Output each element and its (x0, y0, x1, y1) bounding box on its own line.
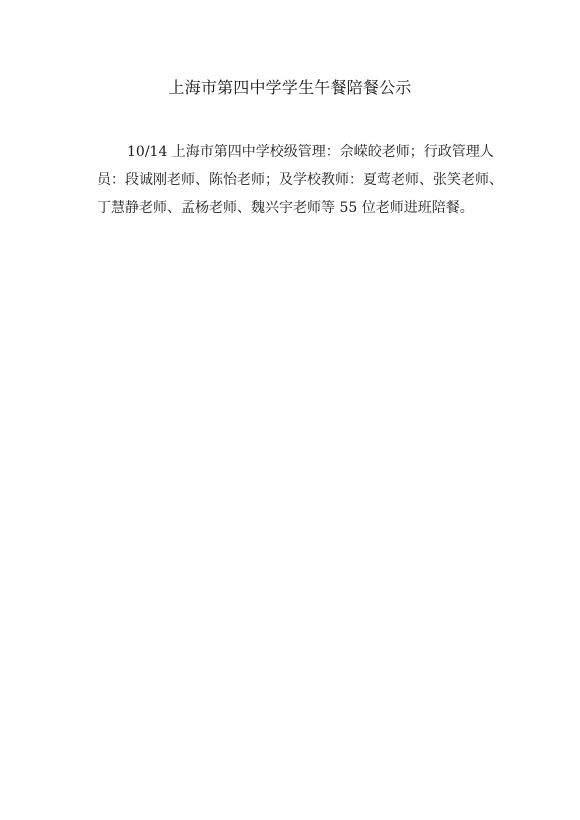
paragraph-line-2: 员：段诚刚老师、陈怡老师；及学校教师：夏莺老师、张笑老师、 (97, 166, 483, 194)
document-title: 上海市第四中学学生午餐陪餐公示 (0, 77, 580, 99)
announcement-paragraph: 10/14 上海市第四中学校级管理：佘嵘皎老师；行政管理人 员：段诚刚老师、陈怡… (97, 138, 483, 222)
document-page: 上海市第四中学学生午餐陪餐公示 10/14 上海市第四中学校级管理：佘嵘皎老师；… (0, 0, 580, 820)
paragraph-line-1: 10/14 上海市第四中学校级管理：佘嵘皎老师；行政管理人 (97, 138, 483, 166)
paragraph-line-3: 丁慧静老师、孟杨老师、魏兴宇老师等 55 位老师进班陪餐。 (97, 194, 483, 222)
